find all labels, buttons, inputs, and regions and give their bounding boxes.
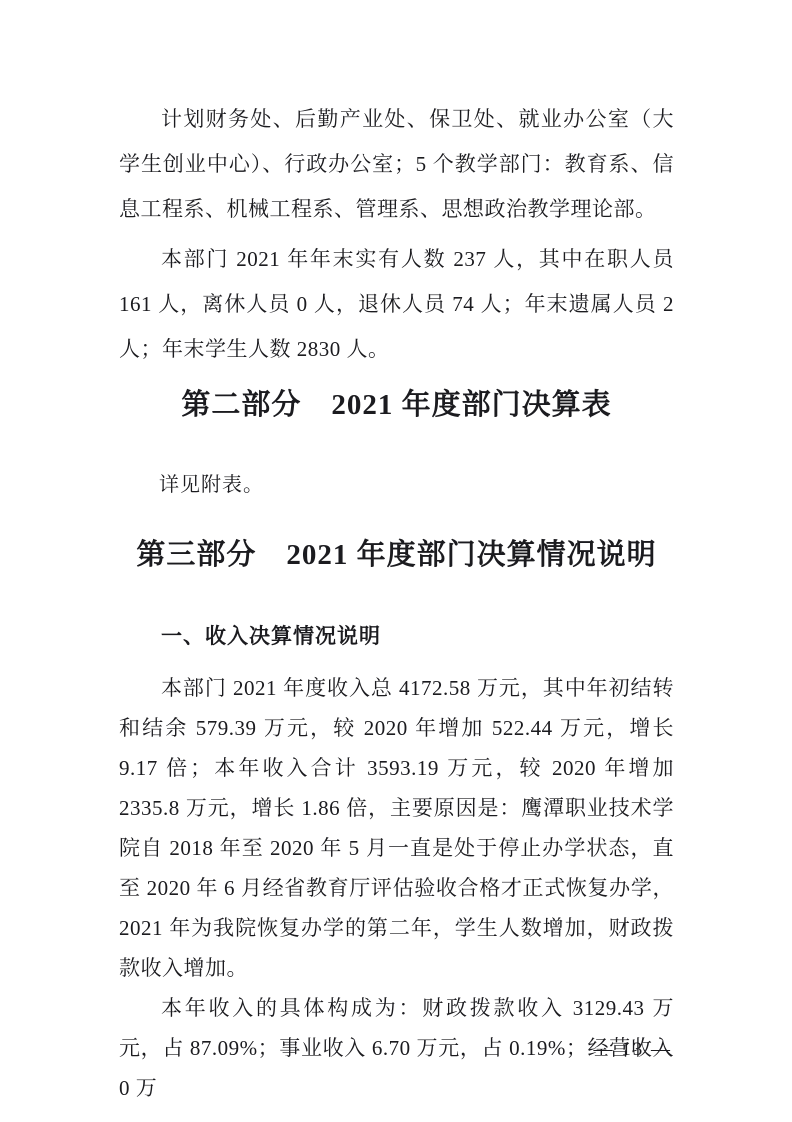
document-page: 计划财务处、后勤产业处、保卫处、就业办公室（大学生创业中心）、行政办公室；5 个… [0,0,792,1122]
heading-part3-final-accounts-notes: 第三部分 2021 年度部门决算情况说明 [119,538,674,572]
heading-part2-final-accounts-tables: 第二部分 2021 年度部门决算表 [119,388,674,422]
page-number: — 13 — [594,1038,673,1062]
subheading-income-notes: 一、收入决算情况说明 [119,622,674,652]
page-content: 计划财务处、后勤产业处、保卫处、就业办公室（大学生创业中心）、行政办公室；5 个… [119,0,674,1108]
paragraph-see-attached-table: 详见附表。 [119,463,674,508]
paragraph-income-total: 本部门 2021 年度收入总 4172.58 万元，其中年初结转和结余 579.… [119,668,674,988]
paragraph-departments: 计划财务处、后勤产业处、保卫处、就业办公室（大学生创业中心）、行政办公室；5 个… [119,97,674,232]
paragraph-staff-counts: 本部门 2021 年年末实有人数 237 人，其中在职人员 161 人，离休人员… [119,237,674,372]
paragraph-income-composition: 本年收入的具体构成为：财政拨款收入 3129.43 万元，占 87.09%；事业… [119,988,674,1108]
